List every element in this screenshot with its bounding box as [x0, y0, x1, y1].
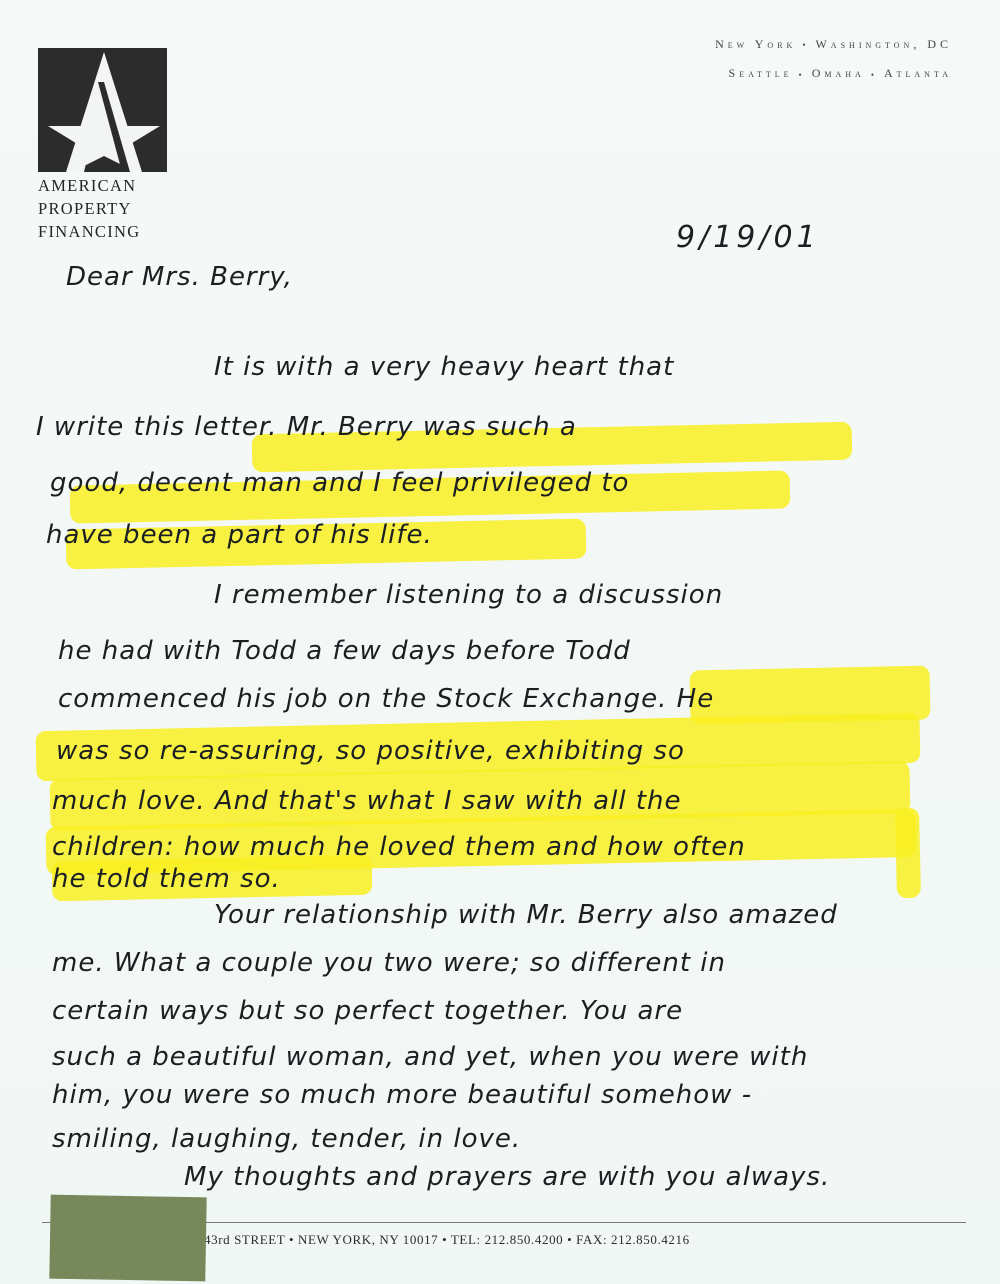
highlight-mark: [895, 808, 921, 898]
office-seattle: Seattle: [729, 66, 793, 80]
office-omaha: Omaha: [812, 66, 865, 80]
letter-line: My thoughts and prayers are with you alw…: [184, 1162, 830, 1192]
bullet-separator: •: [802, 40, 809, 50]
letter-line: he told them so.: [52, 864, 281, 894]
letter-line: have been a part of his life.: [46, 520, 433, 550]
letter-date: 9/19/01: [676, 220, 820, 255]
footer-address: 43rd STREET • NEW YORK, NY 10017 • TEL: …: [204, 1232, 690, 1248]
bullet-separator: •: [871, 70, 878, 80]
letter-line: me. What a couple you two were; so diffe…: [52, 948, 726, 978]
company-name-line: AMERICAN: [38, 174, 178, 197]
company-name-line: FINANCING: [38, 220, 178, 243]
office-new-york: New York: [715, 37, 796, 51]
office-atlanta: Atlanta: [884, 66, 952, 80]
letter-line: certain ways but so perfect together. Yo…: [52, 996, 683, 1026]
letter-line: I remember listening to a discussion: [214, 580, 723, 610]
letter-line: him, you were so much more beautiful som…: [52, 1080, 752, 1110]
letter-line: I write this letter. Mr. Berry was such …: [36, 412, 577, 442]
letter-line: was so re-assuring, so positive, exhibit…: [56, 736, 685, 766]
letter-line: children: how much he loved them and how…: [52, 832, 746, 862]
letter-line: It is with a very heavy heart that: [214, 352, 674, 382]
letter-line: he had with Todd a few days before Todd: [58, 636, 631, 666]
letter-line: commenced his job on the Stock Exchange.…: [58, 684, 714, 714]
letter-page: AMERICAN PROPERTY FINANCING New York•Was…: [0, 0, 1000, 1284]
office-row: New York•Washington, DC: [715, 30, 952, 59]
letter-line: much love. And that's what I saw with al…: [52, 786, 682, 816]
office-locations: New York•Washington, DC Seattle•Omaha•At…: [715, 30, 952, 89]
company-name-line: PROPERTY: [38, 197, 178, 220]
office-row: Seattle•Omaha•Atlanta: [715, 59, 952, 88]
letter-line: Your relationship with Mr. Berry also am…: [214, 900, 838, 930]
redaction-patch: [49, 1195, 206, 1282]
office-washington: Washington, DC: [815, 37, 952, 51]
salutation: Dear Mrs. Berry,: [66, 262, 293, 292]
bullet-separator: •: [799, 70, 806, 80]
letter-line: such a beautiful woman, and yet, when yo…: [52, 1042, 808, 1072]
company-name: AMERICAN PROPERTY FINANCING: [38, 174, 178, 243]
letter-line: smiling, laughing, tender, in love.: [52, 1124, 521, 1154]
star-a-logo-icon: [38, 48, 167, 172]
letter-line: good, decent man and I feel privileged t…: [50, 468, 629, 498]
